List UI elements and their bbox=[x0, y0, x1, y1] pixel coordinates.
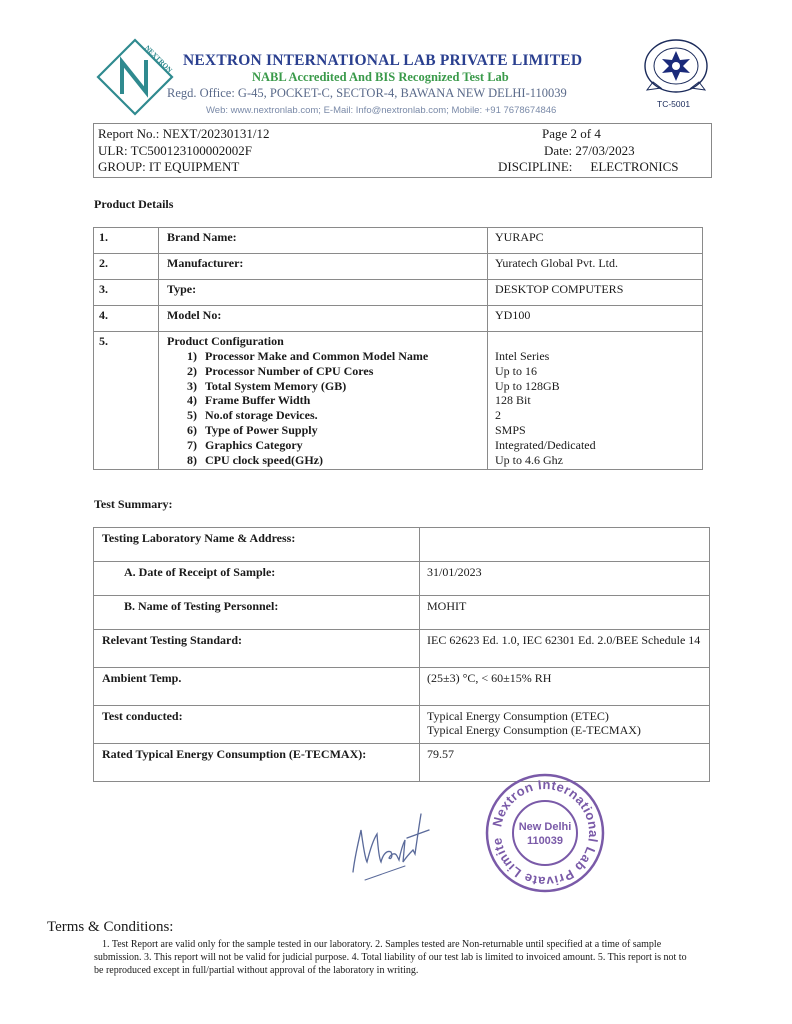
summary-row: Ambient Temp.(25±3) °C, < 60±15% RH bbox=[94, 668, 710, 706]
page-number: Page 2 of 4 bbox=[542, 126, 601, 142]
summary-label: Relevant Testing Standard: bbox=[94, 630, 420, 668]
item-label: Processor Number of CPU Cores bbox=[205, 364, 373, 378]
row-label: Brand Name: bbox=[159, 228, 488, 254]
configuration-heading: Product Configuration bbox=[167, 334, 479, 349]
configuration-item: 1)Processor Make and Common Model Name bbox=[167, 349, 479, 364]
product-row: 4.Model No:YD100 bbox=[94, 306, 703, 332]
nabl-logo bbox=[641, 38, 711, 96]
item-value: Integrated/Dedicated bbox=[495, 438, 695, 453]
item-label: Type of Power Supply bbox=[205, 423, 318, 437]
product-row: 3.Type:DESKTOP COMPUTERS bbox=[94, 280, 703, 306]
item-index: 7) bbox=[167, 438, 205, 453]
product-details-heading: Product Details bbox=[94, 197, 173, 212]
summary-label: Rated Typical Energy Consumption (E-TECM… bbox=[94, 744, 420, 782]
test-summary-table: Testing Laboratory Name & Address:A. Dat… bbox=[93, 527, 710, 782]
summary-label: Ambient Temp. bbox=[94, 668, 420, 706]
signature bbox=[345, 800, 435, 885]
row-value: YD100 bbox=[488, 306, 703, 332]
configuration-item: 2)Processor Number of CPU Cores bbox=[167, 364, 479, 379]
item-index: 8) bbox=[167, 453, 205, 468]
configuration-item: 8)CPU clock speed(GHz) bbox=[167, 453, 479, 468]
product-configuration-row: 5.Product Configuration1)Processor Make … bbox=[94, 332, 703, 470]
configuration-item: 5)No.of storage Devices. bbox=[167, 408, 479, 423]
item-index: 2) bbox=[167, 364, 205, 379]
item-value: Up to 4.6 Ghz bbox=[495, 453, 695, 468]
row-value: DESKTOP COMPUTERS bbox=[488, 280, 703, 306]
configuration-item: 7)Graphics Category bbox=[167, 438, 479, 453]
summary-label: A. Date of Receipt of Sample: bbox=[94, 562, 420, 596]
report-info-box: Report No.: NEXT/20230131/12 ULR: TC5001… bbox=[93, 123, 712, 178]
item-value: Up to 16 bbox=[495, 364, 695, 379]
summary-value-line: Typical Energy Consumption (ETEC) bbox=[427, 709, 702, 723]
report-number: Report No.: NEXT/20230131/12 bbox=[98, 126, 270, 142]
summary-row: Relevant Testing Standard:IEC 62623 Ed. … bbox=[94, 630, 710, 668]
discipline-value: ELECTRONICS bbox=[590, 159, 678, 174]
item-index: 5) bbox=[167, 408, 205, 423]
summary-row: Test conducted:Typical Energy Consumptio… bbox=[94, 706, 710, 744]
item-index: 4) bbox=[167, 393, 205, 408]
group: GROUP: IT EQUIPMENT bbox=[98, 159, 239, 175]
configuration-item: 3)Total System Memory (GB) bbox=[167, 379, 479, 394]
configuration-item: 4)Frame Buffer Width bbox=[167, 393, 479, 408]
row-label: Manufacturer: bbox=[159, 254, 488, 280]
ulr-number: ULR: TC500123100002002F bbox=[98, 143, 252, 159]
discipline: DISCIPLINE:ELECTRONICS bbox=[498, 159, 679, 175]
row-label: Type: bbox=[159, 280, 488, 306]
item-label: Graphics Category bbox=[205, 438, 303, 452]
item-value: Intel Series bbox=[495, 349, 695, 364]
terms-body: 1. Test Report are valid only for the sa… bbox=[94, 938, 694, 977]
stamp-pincode: 110039 bbox=[527, 835, 563, 847]
summary-value bbox=[420, 528, 710, 562]
item-index: 6) bbox=[167, 423, 205, 438]
item-label: Frame Buffer Width bbox=[205, 393, 310, 407]
report-date: Date: 27/03/2023 bbox=[544, 143, 635, 159]
row-number: 3. bbox=[94, 280, 159, 306]
row-value: Yuratech Global Pvt. Ltd. bbox=[488, 254, 703, 280]
item-value: 128 Bit bbox=[495, 393, 695, 408]
item-label: Processor Make and Common Model Name bbox=[205, 349, 428, 363]
stamp-city: New Delhi bbox=[519, 821, 572, 833]
summary-label: B. Name of Testing Personnel: bbox=[94, 596, 420, 630]
row-number: 4. bbox=[94, 306, 159, 332]
item-value: Up to 128GB bbox=[495, 379, 695, 394]
summary-value: 31/01/2023 bbox=[420, 562, 710, 596]
office-address: Regd. Office: G-45, POCKET-C, SECTOR-4, … bbox=[167, 86, 567, 101]
summary-label: Test conducted: bbox=[94, 706, 420, 744]
item-label: Total System Memory (GB) bbox=[205, 379, 346, 393]
summary-value: IEC 62623 Ed. 1.0, IEC 62301 Ed. 2.0/BEE… bbox=[420, 630, 710, 668]
row-number: 2. bbox=[94, 254, 159, 280]
nextron-logo: NEXTRON bbox=[94, 36, 176, 118]
summary-value-line: Typical Energy Consumption (E-TECMAX) bbox=[427, 723, 702, 737]
nabl-certificate-code: TC-5001 bbox=[657, 99, 690, 109]
product-details-table: 1.Brand Name:YURAPC2.Manufacturer:Yurate… bbox=[93, 227, 703, 470]
configuration-item: 6)Type of Power Supply bbox=[167, 423, 479, 438]
row-number: 5. bbox=[94, 332, 159, 470]
summary-row: Testing Laboratory Name & Address: bbox=[94, 528, 710, 562]
row-value: YURAPC bbox=[488, 228, 703, 254]
item-label: No.of storage Devices. bbox=[205, 408, 318, 422]
contact-line: Web: www.nextronlab.com; E-Mail: Info@ne… bbox=[206, 105, 556, 116]
discipline-label: DISCIPLINE: bbox=[498, 159, 572, 174]
test-summary-heading: Test Summary: bbox=[94, 497, 173, 512]
item-label: CPU clock speed(GHz) bbox=[205, 453, 323, 467]
accreditation-line: NABL Accredited And BIS Recognized Test … bbox=[252, 70, 509, 85]
product-row: 1.Brand Name:YURAPC bbox=[94, 228, 703, 254]
item-value: SMPS bbox=[495, 423, 695, 438]
summary-row: Rated Typical Energy Consumption (E-TECM… bbox=[94, 744, 710, 782]
row-number: 1. bbox=[94, 228, 159, 254]
item-index: 1) bbox=[167, 349, 205, 364]
summary-value: MOHIT bbox=[420, 596, 710, 630]
summary-label: Testing Laboratory Name & Address: bbox=[94, 528, 420, 562]
summary-row: A. Date of Receipt of Sample:31/01/2023 bbox=[94, 562, 710, 596]
item-index: 3) bbox=[167, 379, 205, 394]
row-label: Model No: bbox=[159, 306, 488, 332]
company-name: NEXTRON INTERNATIONAL LAB PRIVATE LIMITE… bbox=[183, 52, 582, 70]
item-value: 2 bbox=[495, 408, 695, 423]
summary-value: (25±3) °C, < 60±15% RH bbox=[420, 668, 710, 706]
terms-heading: Terms & Conditions: bbox=[47, 919, 173, 936]
company-stamp: Nextron International Lab Private Limite… bbox=[484, 772, 606, 894]
product-row: 2.Manufacturer:Yuratech Global Pvt. Ltd. bbox=[94, 254, 703, 280]
summary-row: B. Name of Testing Personnel:MOHIT bbox=[94, 596, 710, 630]
